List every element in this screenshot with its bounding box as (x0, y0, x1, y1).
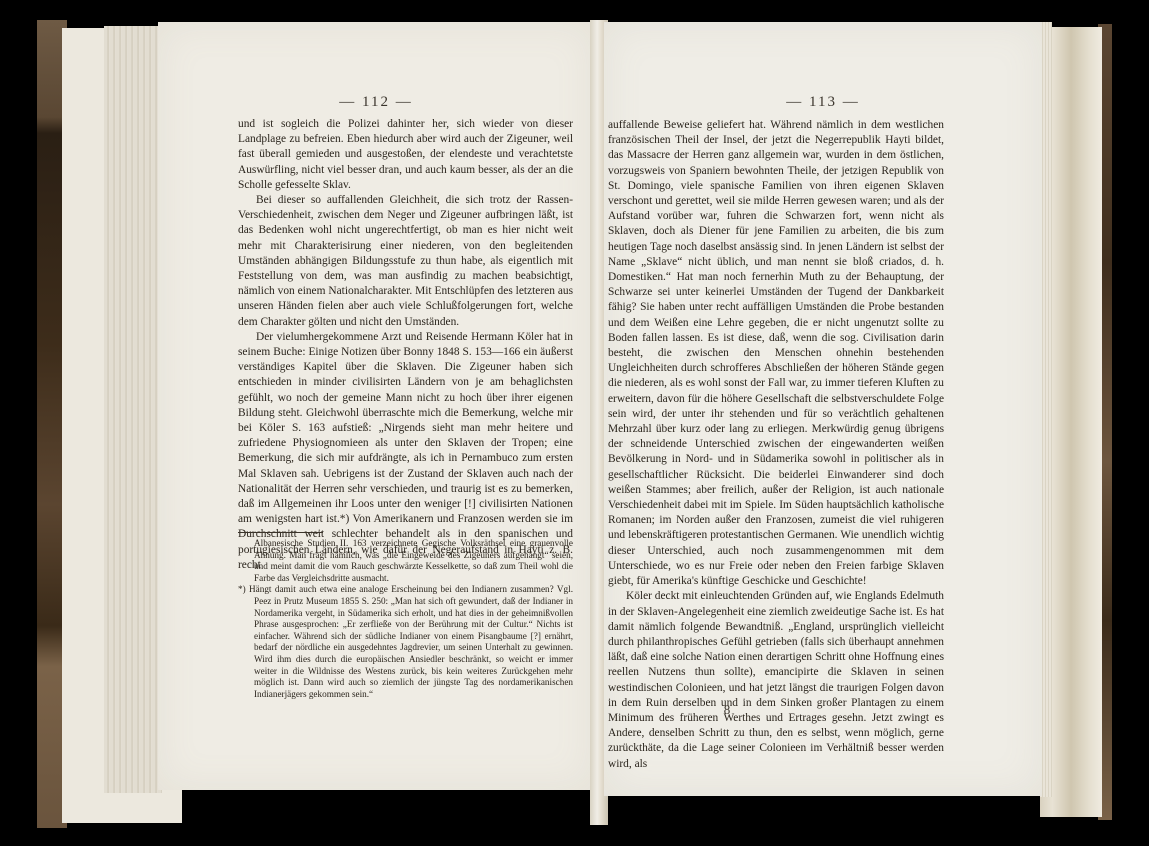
footnote: *) Hängt damit auch etwa eine analoge Er… (238, 584, 573, 700)
footnotes: Albanesische Studien II. 163 verzeichnet… (238, 538, 573, 700)
footnote-rule (238, 532, 323, 533)
page-stack-left (104, 26, 162, 793)
paragraph: Köler deckt mit einleuchtenden Gründen a… (608, 589, 944, 771)
page-number-left: — 112 — (158, 94, 594, 111)
right-page-body: auffallende Beweise geliefert hat. Währe… (608, 118, 944, 772)
page-number-right: — 113 — (604, 94, 1042, 111)
paragraph: Der vielumhergekommene Arzt und Reisende… (238, 330, 573, 573)
left-page-body: und ist sogleich die Polizei dahinter he… (238, 117, 573, 573)
right-page: — 113 — auffallende Beweise geliefert ha… (604, 22, 1042, 796)
footnote-continuation: Albanesische Studien II. 163 verzeichnet… (238, 538, 573, 584)
paragraph: auffallende Beweise geliefert hat. Währe… (608, 118, 944, 589)
left-page: — 112 — und ist sogleich die Polizei dah… (158, 22, 594, 790)
signature-mark: 8 (608, 702, 846, 718)
paragraph: und ist sogleich die Polizei dahinter he… (238, 117, 573, 193)
paragraph: Bei dieser so auffallenden Gleichheit, d… (238, 193, 573, 330)
